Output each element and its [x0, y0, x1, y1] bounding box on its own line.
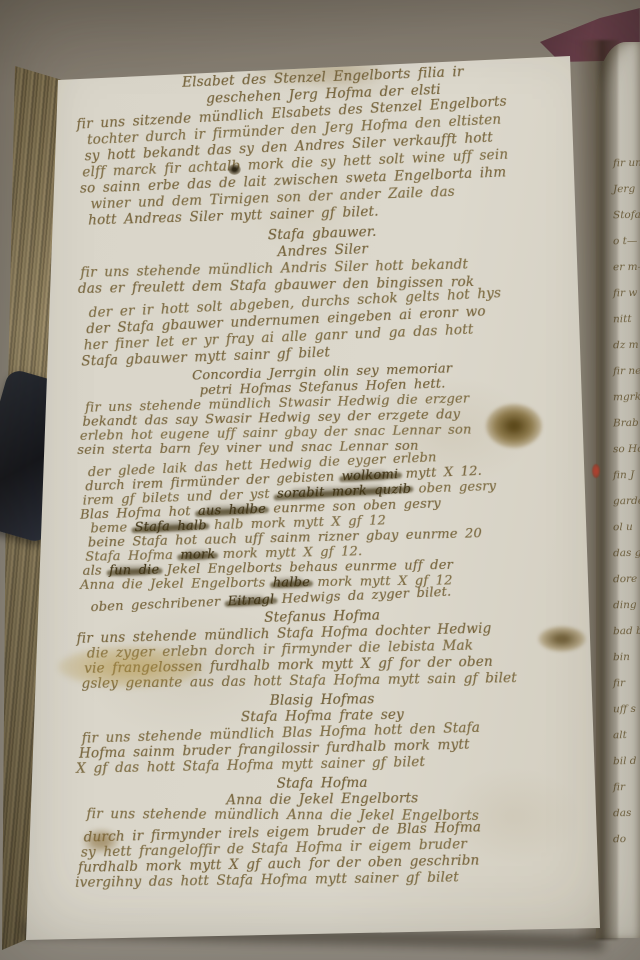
strikethrough-text: halbe [273, 575, 310, 590]
cross-mark: + [377, 15, 405, 60]
manuscript-text: Andreas Siler.Elsabet des Stenzel Engelb… [72, 62, 572, 890]
manuscript-page: 316 + Andreas Siler.Elsabet des Stenzel … [0, 0, 640, 960]
manuscript-section: Blasig HofmasStafa Hofma frate seyfir un… [72, 688, 573, 776]
strikethrough-text: mork [180, 547, 215, 563]
folio-number: 316 [62, 19, 109, 52]
line-text: als [82, 563, 109, 578]
manuscript-section: Stafa HofmaAnna die Jekel Engelbortsfir … [72, 773, 573, 890]
manuscript-photo: fir unJergStofao t—er m—fir wnittdz mfir… [0, 0, 640, 960]
strikethrough-text: Eitragl [227, 592, 274, 609]
line-text: Anna die Jekel Engelborts [80, 576, 273, 593]
manuscript-section: Andreas Siler.Elsabet des Stenzel Engelb… [72, 43, 578, 232]
manuscript-section: Concordia Jerrgin olin sey memoriarpetri… [72, 358, 579, 612]
strikethrough-text: fun die [109, 563, 160, 579]
manuscript-section: Stafa gbauwer.Andres Silerfir uns stehen… [72, 217, 576, 370]
manuscript-section: Stefanus Hofmafir uns stehende mündlich … [72, 604, 574, 694]
